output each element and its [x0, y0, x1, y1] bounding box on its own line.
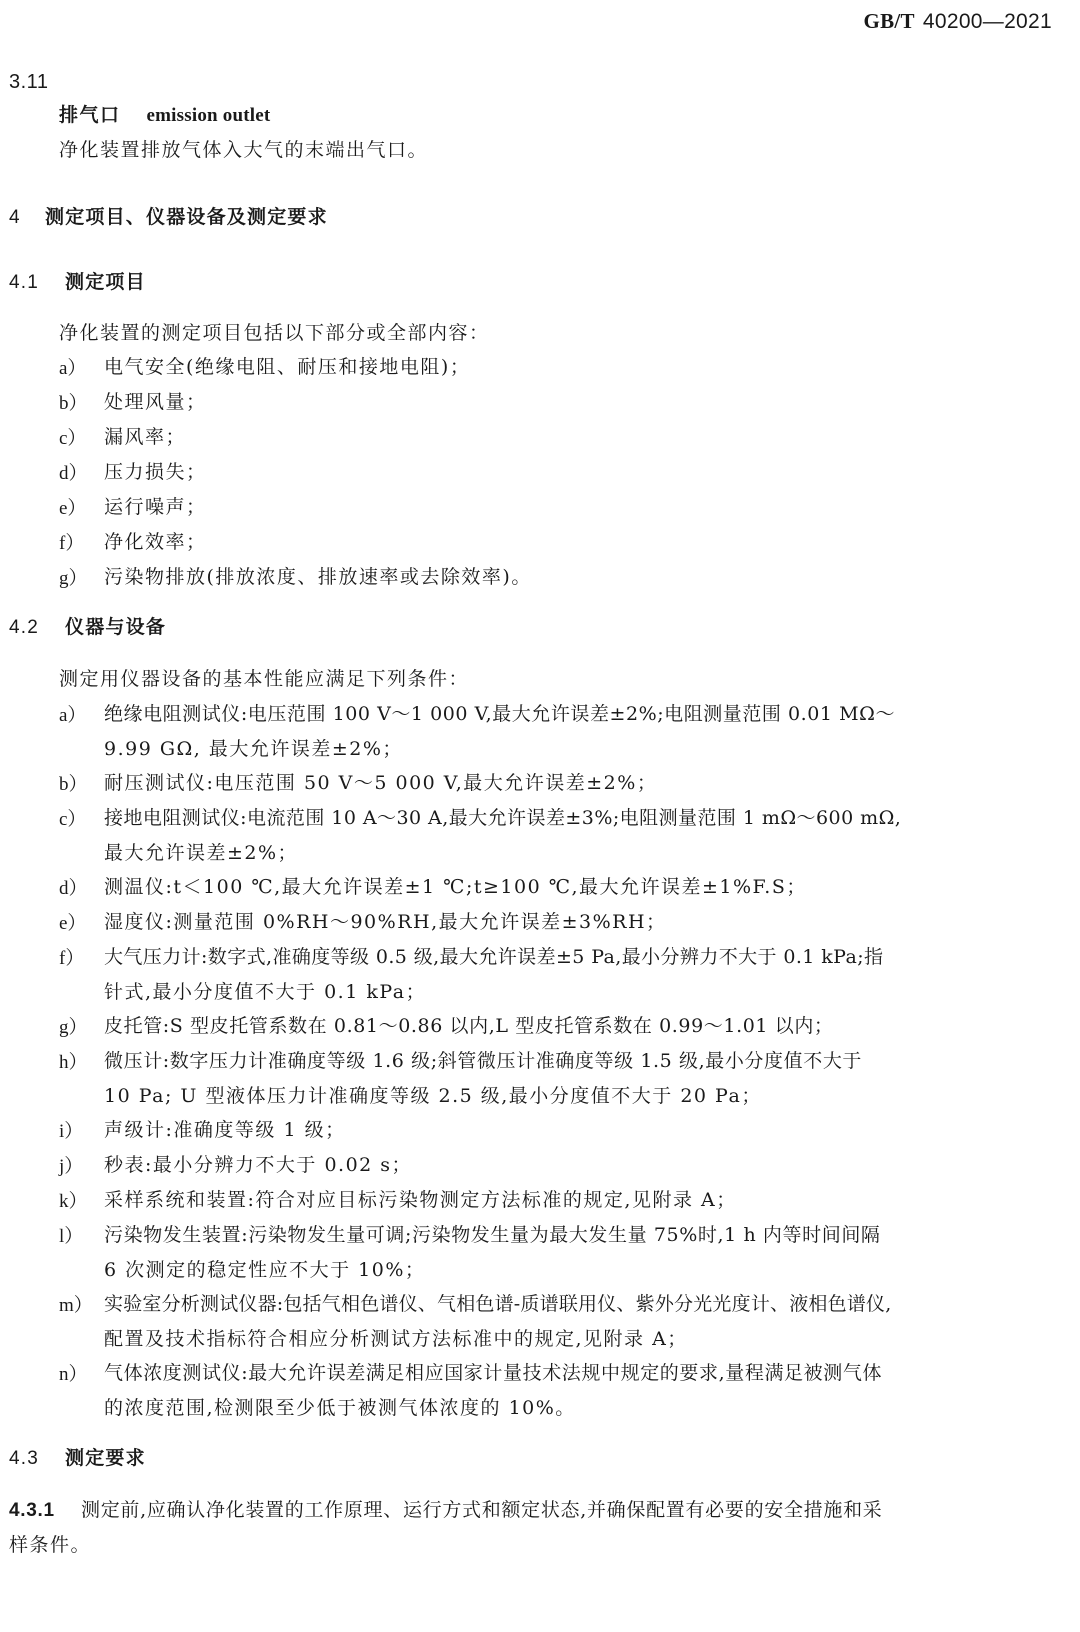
- list-item-text: 压力损失；: [104, 463, 207, 482]
- list-item-label: n）: [59, 1365, 88, 1384]
- list-item-label: b）: [59, 775, 88, 794]
- section-title: 仪器与设备: [65, 616, 166, 638]
- list-item-text: 运行噪声；: [104, 498, 207, 517]
- term-chinese: 排气口: [59, 104, 121, 126]
- list-item-label: a）: [59, 359, 86, 378]
- list-item-label: j）: [59, 1157, 83, 1176]
- list-item-text: 秒表:最小分辨力不大于 0.02 s；: [104, 1156, 412, 1175]
- list-item-text: 接地电阻测试仪:电流范围 10 A～30 A,最大允许误差±3%;电阻测量范围 …: [104, 809, 901, 828]
- list-item-label: m）: [59, 1296, 93, 1315]
- list-item-text-cont: 的浓度范围,检测限至少低于被测气体浓度的 10%。: [104, 1399, 576, 1418]
- section-4-1-intro: 净化装置的测定项目包括以下部分或全部内容：: [59, 324, 490, 343]
- standard-number: 40200—2021: [923, 10, 1052, 33]
- list-item-text-cont: 针式,最小分度值不大于 0.1 kPa；: [104, 983, 426, 1002]
- list-item-label: h）: [59, 1053, 88, 1072]
- list-item-label: g）: [59, 1018, 88, 1037]
- list-item-text: 电气安全(绝缘电阻、耐压和接地电阻)；: [104, 358, 470, 377]
- list-item-text: 净化效率；: [104, 533, 207, 552]
- list-item-text: 漏风率；: [104, 428, 186, 447]
- section-title: 测定项目、仪器设备及测定要求: [45, 206, 328, 228]
- list-item-label: e）: [59, 499, 86, 518]
- list-item-label: f）: [59, 949, 84, 968]
- list-item-label: f）: [59, 534, 84, 553]
- list-item-text-cont: 配置及技术指标符合相应分析测试方法标准中的规定,见附录 A；: [104, 1330, 688, 1349]
- section-number: 4: [9, 208, 45, 227]
- section-number: 4.3: [9, 1449, 65, 1468]
- list-item-text: 处理风量；: [104, 393, 207, 412]
- list-item-text: 测温仪:t＜100 ℃,最大允许误差±1 ℃;t≥100 ℃,最大允许误差±1%…: [104, 878, 807, 897]
- section-number: 4.3.1: [9, 1501, 81, 1520]
- section-number: 4.1: [9, 273, 65, 292]
- list-item-text: 耐压测试仪:电压范围 50 V～5 000 V,最大允许误差±2%；: [104, 774, 657, 793]
- list-item-text-cont: 9.99 GΩ, 最大允许误差±2%；: [104, 740, 403, 759]
- list-item-text: 微压计:数字压力计准确度等级 1.6 级;斜管微压计准确度等级 1.5 级,最小…: [104, 1052, 862, 1071]
- standard-code: GB/T: [863, 9, 914, 33]
- list-item-label: d）: [59, 464, 88, 483]
- list-item-label: i）: [59, 1122, 83, 1141]
- list-item-label: e）: [59, 914, 86, 933]
- section-4-2-heading: 4.2仪器与设备: [9, 618, 166, 637]
- list-item-label: b）: [59, 394, 88, 413]
- section-4-1-heading: 4.1测定项目: [9, 273, 146, 292]
- list-item-label: g）: [59, 569, 88, 588]
- list-item-text-cont: 最大允许误差±2%；: [104, 844, 298, 863]
- section-title: 测定要求: [65, 1447, 146, 1469]
- list-item-text: 绝缘电阻测试仪:电压范围 100 V～1 000 V,最大允许误差±2%;电阻测…: [104, 705, 895, 724]
- list-item-label: k）: [59, 1192, 88, 1211]
- list-item-label: l）: [59, 1227, 83, 1246]
- term-heading: 排气口emission outlet: [59, 106, 270, 125]
- section-4-3-1-paragraph-cont: 样条件。: [9, 1536, 91, 1555]
- section-4-heading: 4测定项目、仪器设备及测定要求: [9, 208, 328, 227]
- list-item-text: 声级计:准确度等级 1 级；: [104, 1121, 346, 1140]
- term-definition: 净化装置排放气体入大气的末端出气口。: [59, 141, 428, 160]
- list-item-text: 皮托管:S 型皮托管系数在 0.81～0.86 以内,L 型皮托管系数在 0.9…: [104, 1017, 834, 1036]
- list-item-label: c）: [59, 429, 86, 448]
- list-item-text-cont: 10 Pa; U 型液体压力计准确度等级 2.5 级,最小分度值不大于 20 P…: [104, 1087, 762, 1106]
- paragraph-text: 测定前,应确认净化装置的工作原理、运行方式和额定状态,并确保配置有必要的安全措施…: [81, 1499, 882, 1521]
- list-item-text: 实验室分析测试仪器:包括气相色谱仪、气相色谱-质谱联用仪、紫外分光光度计、液相色…: [104, 1295, 891, 1314]
- list-item-text: 大气压力计:数字式,准确度等级 0.5 级,最大允许误差±5 Pa,最小分辨力不…: [104, 948, 883, 967]
- list-item-text: 采样系统和装置:符合对应目标污染物测定方法标准的规定,见附录 A；: [104, 1191, 737, 1210]
- section-title: 测定项目: [65, 271, 146, 293]
- list-item-label: c）: [59, 810, 86, 829]
- term-english: emission outlet: [147, 105, 271, 126]
- section-3-11-number: 3.11: [9, 72, 48, 92]
- list-item-text: 污染物发生装置:污染物发生量可调;污染物发生量为最大发生量 75%时,1 h 内…: [104, 1226, 881, 1245]
- list-item-text: 湿度仪:测量范围 0%RH～90%RH,最大允许误差±3%RH；: [104, 913, 667, 932]
- list-item-text-cont: 6 次测定的稳定性应不大于 10%；: [104, 1261, 425, 1280]
- standard-number-header: GB/T40200—2021: [863, 8, 1052, 34]
- section-4-2-intro: 测定用仪器设备的基本性能应满足下列条件：: [59, 670, 469, 689]
- section-4-3-heading: 4.3测定要求: [9, 1449, 146, 1468]
- list-item-label: a）: [59, 706, 86, 725]
- list-item-label: d）: [59, 879, 88, 898]
- section-number: 4.2: [9, 618, 65, 637]
- list-item-text: 污染物排放(排放浓度、排放速率或去除效率)。: [104, 568, 532, 587]
- list-item-text: 气体浓度测试仪:最大允许误差满足相应国家计量技术法规中规定的要求,量程满足被测气…: [104, 1364, 882, 1383]
- section-4-3-1-paragraph: 4.3.1测定前,应确认净化装置的工作原理、运行方式和额定状态,并确保配置有必要…: [9, 1501, 882, 1520]
